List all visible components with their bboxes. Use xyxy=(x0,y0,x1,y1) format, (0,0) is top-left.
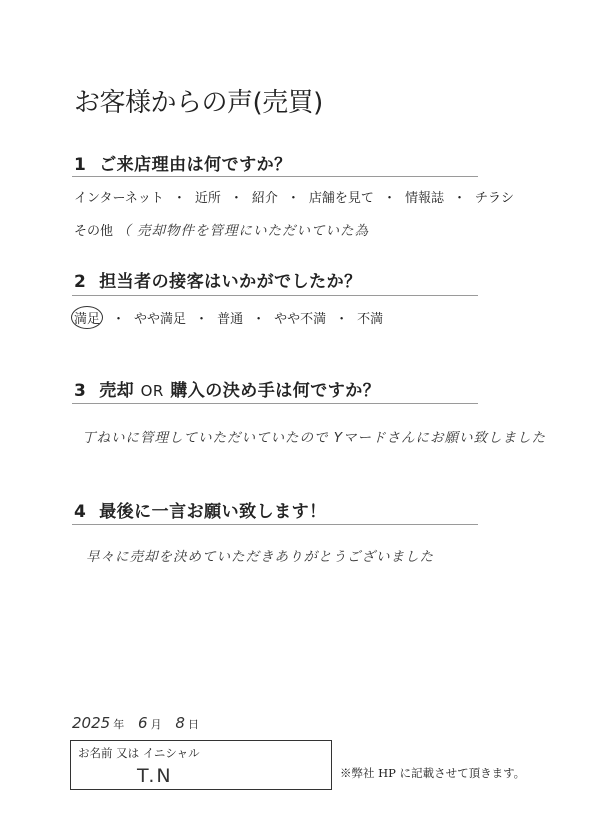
question-1-options: インターネット・近所・紹介・店舗を見て・情報誌・チラシ xyxy=(74,187,514,206)
question-number: 1 xyxy=(74,155,86,175)
question-text-sell: 売却 xyxy=(99,381,134,401)
date-month[interactable]: 6 xyxy=(138,714,148,732)
divider xyxy=(72,295,478,296)
question-number: 3 xyxy=(74,381,86,401)
question-4-heading: 4 最後に一言お願い致します！ xyxy=(74,497,327,522)
question-4-answer[interactable]: 早々に売却を決めていただきありがとうございました xyxy=(86,545,434,565)
other-label: その他 xyxy=(74,224,113,239)
question-text: 担当者の接客はいかがでしたか？ xyxy=(99,272,362,292)
option-magazine[interactable]: 情報誌 xyxy=(405,191,444,206)
question-3-answer[interactable]: 丁ねいに管理していただいていたので Yマードさんにお願い致しました xyxy=(82,426,546,446)
date-year[interactable]: 2025 xyxy=(72,714,110,732)
question-2-heading: 2 担当者の接客はいかがでしたか？ xyxy=(74,267,362,292)
option-satisfied-selected[interactable]: 満足 xyxy=(71,306,103,329)
option-internet[interactable]: インターネット xyxy=(74,191,164,206)
option-flyer[interactable]: チラシ xyxy=(475,191,514,206)
name-label: お名前 又は イニシャル xyxy=(78,745,200,761)
name-value[interactable]: T.N xyxy=(137,765,173,787)
question-1-heading: 1 ご来店理由は何ですか？ xyxy=(74,150,292,175)
option-neutral[interactable]: 普通 xyxy=(217,312,243,327)
date-line: 2025年 6月 8日 xyxy=(72,714,209,732)
question-1-other: その他 （ 売却物件を管理にいただいていた為 xyxy=(74,219,369,239)
question-number: 2 xyxy=(74,272,86,292)
divider xyxy=(72,403,478,404)
question-text: ご来店理由は何ですか？ xyxy=(99,155,292,175)
date-day[interactable]: 8 xyxy=(175,714,185,732)
option-somewhat-dissatisfied[interactable]: やや不満 xyxy=(274,312,326,327)
divider xyxy=(72,176,478,177)
other-answer[interactable]: （ 売却物件を管理にいただいていた為 xyxy=(117,223,369,239)
option-referral[interactable]: 紹介 xyxy=(252,191,278,206)
question-number: 4 xyxy=(74,502,86,522)
name-box[interactable]: お名前 又は イニシャル T.N xyxy=(70,740,332,790)
question-text: 最後に一言お願い致します！ xyxy=(99,502,327,522)
option-neighborhood[interactable]: 近所 xyxy=(195,191,221,206)
option-somewhat-satisfied[interactable]: やや満足 xyxy=(134,312,186,327)
question-text-buy: 購入の決め手は何ですか？ xyxy=(170,381,380,401)
option-saw-store[interactable]: 店舗を見て xyxy=(309,191,374,206)
option-dissatisfied[interactable]: 不満 xyxy=(357,312,383,327)
question-text-or: OR xyxy=(141,382,164,400)
question-3-heading: 3 売却 OR 購入の決め手は何ですか？ xyxy=(74,376,380,401)
divider xyxy=(72,524,478,525)
question-2-options: 満足・やや満足・普通・やや不満・不満 xyxy=(74,306,383,329)
publication-note: ※弊社 HP に記載させて頂きます。 xyxy=(340,765,525,781)
page-title: お客様からの声(売買) xyxy=(74,82,323,119)
